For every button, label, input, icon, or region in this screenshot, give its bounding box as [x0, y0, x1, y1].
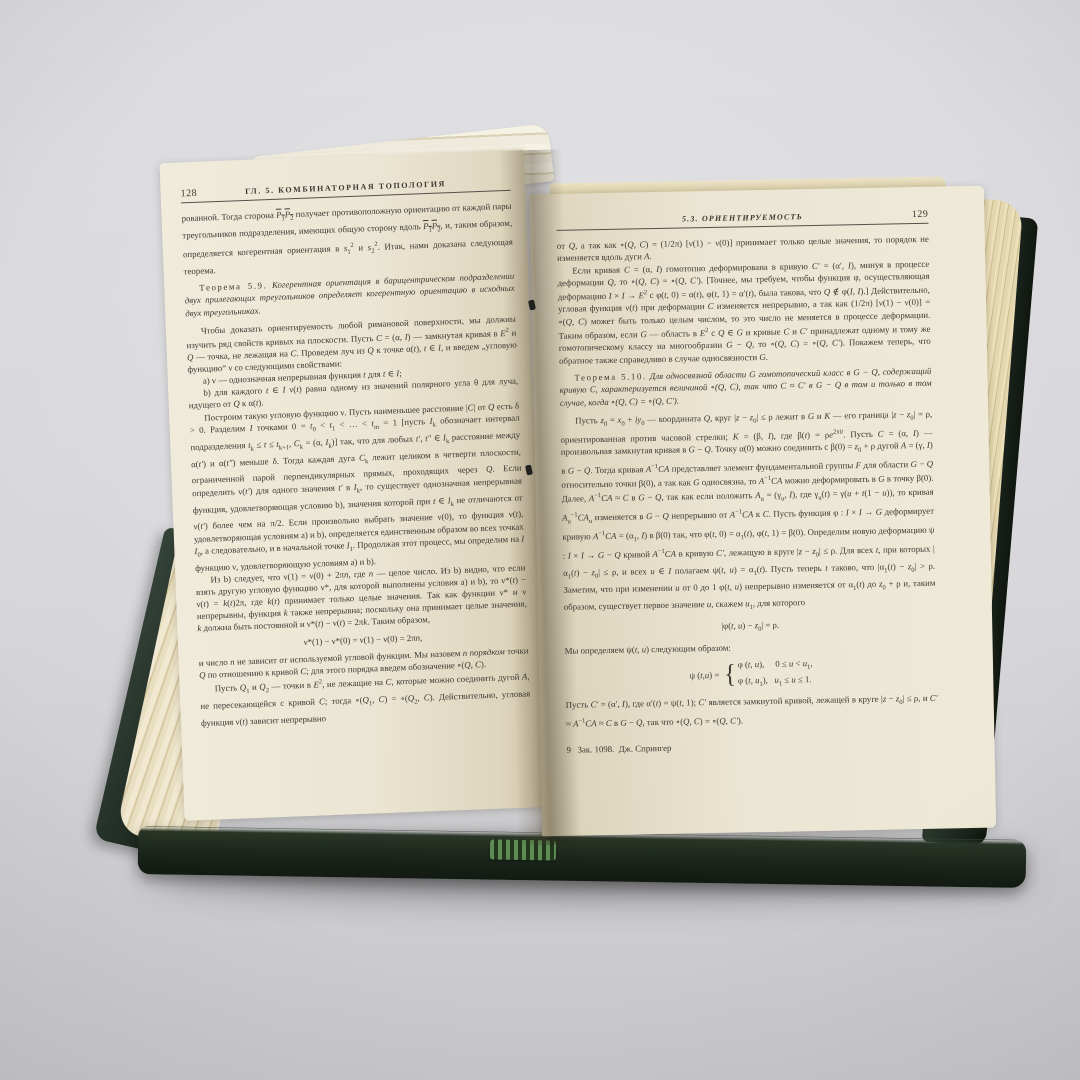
paragraph: рованной. Тогда сторона P1P2 получает пр…: [181, 200, 513, 277]
left-page-header: 128 ГЛ. 5. КОМБИНАТОРНАЯ ТОПОЛОГИЯ: [180, 176, 510, 204]
book-right-page: 5.3. ОРИЕНТИРУЕМОСТЬ 129 от Q, а так как…: [530, 186, 996, 837]
paragraph: Если кривая C = (α, I) гомотопно деформи…: [557, 257, 931, 366]
left-page-body: 128 ГЛ. 5. КОМБИНАТОРНАЯ ТОПОЛОГИЯ рован…: [180, 176, 533, 800]
paragraph: Пусть C′ = (α′, I), где α′(t) = ψ(t, 1);…: [566, 692, 939, 730]
header-spacer: [556, 223, 602, 224]
theorem-5-9: Теорема 5.9. Когерентная ориентация в ба…: [184, 270, 515, 320]
book-left-page: 128 ГЛ. 5. КОМБИНАТОРНАЯ ТОПОЛОГИЯ рован…: [160, 149, 549, 820]
right-page-number: 129: [882, 209, 928, 221]
right-section-title: 5.3. ОРИЕНТИРУЕМОСТЬ: [602, 211, 882, 225]
spine-headband: [490, 839, 556, 860]
paragraph: Из b) следует, что ν(1) = ν(0) + 2πn, гд…: [195, 561, 527, 634]
print-signature-line: 9 Зак. 1098. Дж. Спрингер: [566, 737, 938, 756]
paragraph: Построим такую угловую функцию ν. Пусть …: [189, 399, 525, 574]
photo-scene: 128 ГЛ. 5. КОМБИНАТОРНАЯ ТОПОЛОГИЯ рован…: [0, 0, 1080, 1080]
header-spacer: [465, 184, 511, 186]
piecewise-formula: ψ (t, u) = {φ (t, u), 0 ≤ u < u1,φ (t, u…: [565, 654, 938, 695]
left-running-title: ГЛ. 5. КОМБИНАТОРНАЯ ТОПОЛОГИЯ: [226, 179, 464, 197]
displayed-formula: |φ(t, u) − z0| = ρ.: [564, 616, 936, 640]
right-page-header: 5.3. ОРИЕНТИРУЕМОСТЬ 129: [556, 209, 928, 231]
right-page-body: 5.3. ОРИЕНТИРУЕМОСТЬ 129 от Q, а так как…: [556, 209, 939, 816]
paragraph: Пусть z0 = x0 + iy0 — координата Q, круг…: [560, 407, 936, 618]
theorem-5-10: Теорема 5.10. Для односвязной области G …: [559, 365, 932, 410]
left-page-number: 128: [180, 187, 226, 200]
